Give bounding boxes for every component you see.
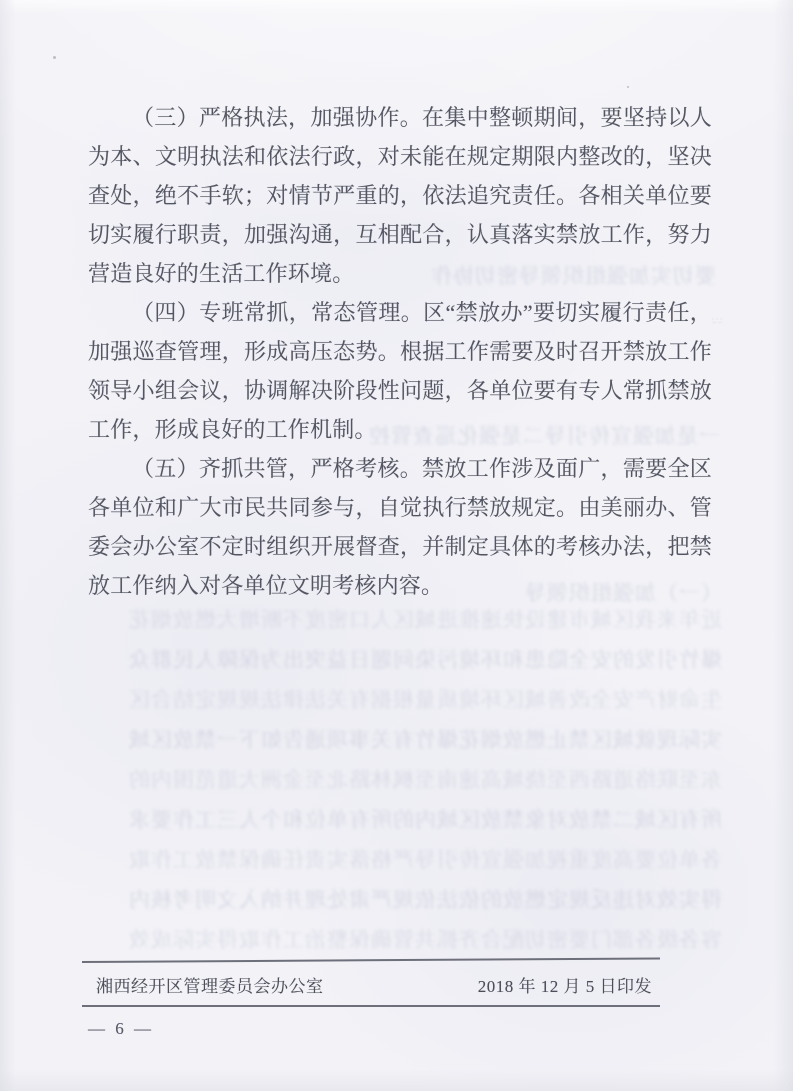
scan-smudge: ∶∴∶ bbox=[712, 318, 720, 370]
doc-line: 放工作纳入对各单位文明考核内容。 bbox=[88, 566, 712, 605]
doc-line: 各单位和广大市民共同参与，自觉执行禁放规定。由美丽办、管 bbox=[88, 488, 712, 527]
doc-line: 营造良好的生活工作环境。 bbox=[88, 254, 712, 293]
bleedthrough-line: 爆竹引发的安全隐患和环境污染问题日益突出为保障人民群众 bbox=[82, 640, 722, 680]
footer-issuer: 湘西经开区管理委员会办公室 bbox=[96, 972, 324, 997]
doc-line: 领导小组会议，协调解决阶段性问题，各单位要有专人常抓禁放 bbox=[88, 371, 712, 410]
bleedthrough-line: 东至联络道路西至绕城高速南至枫林路北至金洲大道范围内的 bbox=[82, 760, 722, 800]
bleedthrough-text-block: 近年来我区城市建设快速推进城区人口密度不断增大燃放烟花 爆竹引发的安全隐患和环境… bbox=[82, 600, 722, 960]
bleedthrough-line: 各单位要高度重视加强宣传引导严格落实责任确保禁放工作取 bbox=[82, 840, 722, 880]
footer-rule-bottom bbox=[82, 1005, 660, 1007]
paragraph-wu: （五）齐抓共管，严格考核。禁放工作涉及面广，需要全区 各单位和广大市民共同参与，… bbox=[88, 449, 712, 605]
doc-line: 加强巡查管理，形成高压态势。根据工作需要及时召开禁放工作 bbox=[88, 332, 712, 371]
bleedthrough-line: 得实效对违反规定燃放的依法依规严肃处理并纳入文明考核内 bbox=[82, 880, 722, 920]
doc-line: （五）齐抓共管，严格考核。禁放工作涉及面广，需要全区 bbox=[88, 449, 712, 488]
bleedthrough-line: 近年来我区城市建设快速推进城区人口密度不断增大燃放烟花 bbox=[82, 600, 722, 640]
scan-speck bbox=[627, 86, 629, 88]
doc-line: 委会办公室不定时组织开展督查，并制定具体的考核办法，把禁 bbox=[88, 527, 712, 566]
paragraph-si: （四）专班常抓，常态管理。区“禁放办”要切实履行责任， 加强巡查管理，形成高压态… bbox=[88, 293, 712, 449]
doc-line: 切实履行职责，加强沟通，互相配合，认真落实禁放工作，努力 bbox=[88, 215, 712, 254]
bleedthrough-line: 所有区域二禁放对象禁放区域内的所有单位和个人三工作要求 bbox=[82, 800, 722, 840]
paragraph-san: （三）严格执法，加强协作。在集中整顿期间，要坚持以人 为本、文明执法和依法行政，… bbox=[88, 98, 712, 293]
doc-line: 工作，形成良好的工作机制。 bbox=[88, 410, 712, 449]
bleedthrough-line: 容各级各部门要密切配合齐抓共管确保整治工作取得实际成效 bbox=[82, 920, 722, 960]
footer: 湘西经开区管理委员会办公室 2018 年 12 月 5 日印发 bbox=[82, 961, 660, 1007]
document-body: （三）严格执法，加强协作。在集中整顿期间，要坚持以人 为本、文明执法和依法行政，… bbox=[88, 98, 712, 605]
bleedthrough-line: 实际现就城区禁止燃放烟花爆竹有关事项通告如下一禁放区域 bbox=[82, 720, 722, 760]
doc-line: （三）严格执法，加强协作。在集中整顿期间，要坚持以人 bbox=[88, 98, 712, 137]
scan-speck bbox=[53, 56, 56, 59]
doc-line: 为本、文明执法和依法行政，对未能在规定期限内整改的，坚决 bbox=[88, 137, 712, 176]
page-number: — 6 — bbox=[88, 1019, 154, 1039]
footer-print-date: 2018 年 12 月 5 日印发 bbox=[478, 972, 652, 997]
doc-line: （四）专班常抓，常态管理。区“禁放办”要切实履行责任， bbox=[88, 293, 712, 332]
scanned-document-page: 近年来我区城市建设快速推进城区人口密度不断增大燃放烟花 爆竹引发的安全隐患和环境… bbox=[0, 0, 793, 1091]
doc-line: 查处，绝不手软；对情节严重的，依法追究责任。各相关单位要 bbox=[88, 176, 712, 215]
bleedthrough-line: 生命财产安全改善城区环境质量根据有关法律法规规定结合区 bbox=[82, 680, 722, 720]
